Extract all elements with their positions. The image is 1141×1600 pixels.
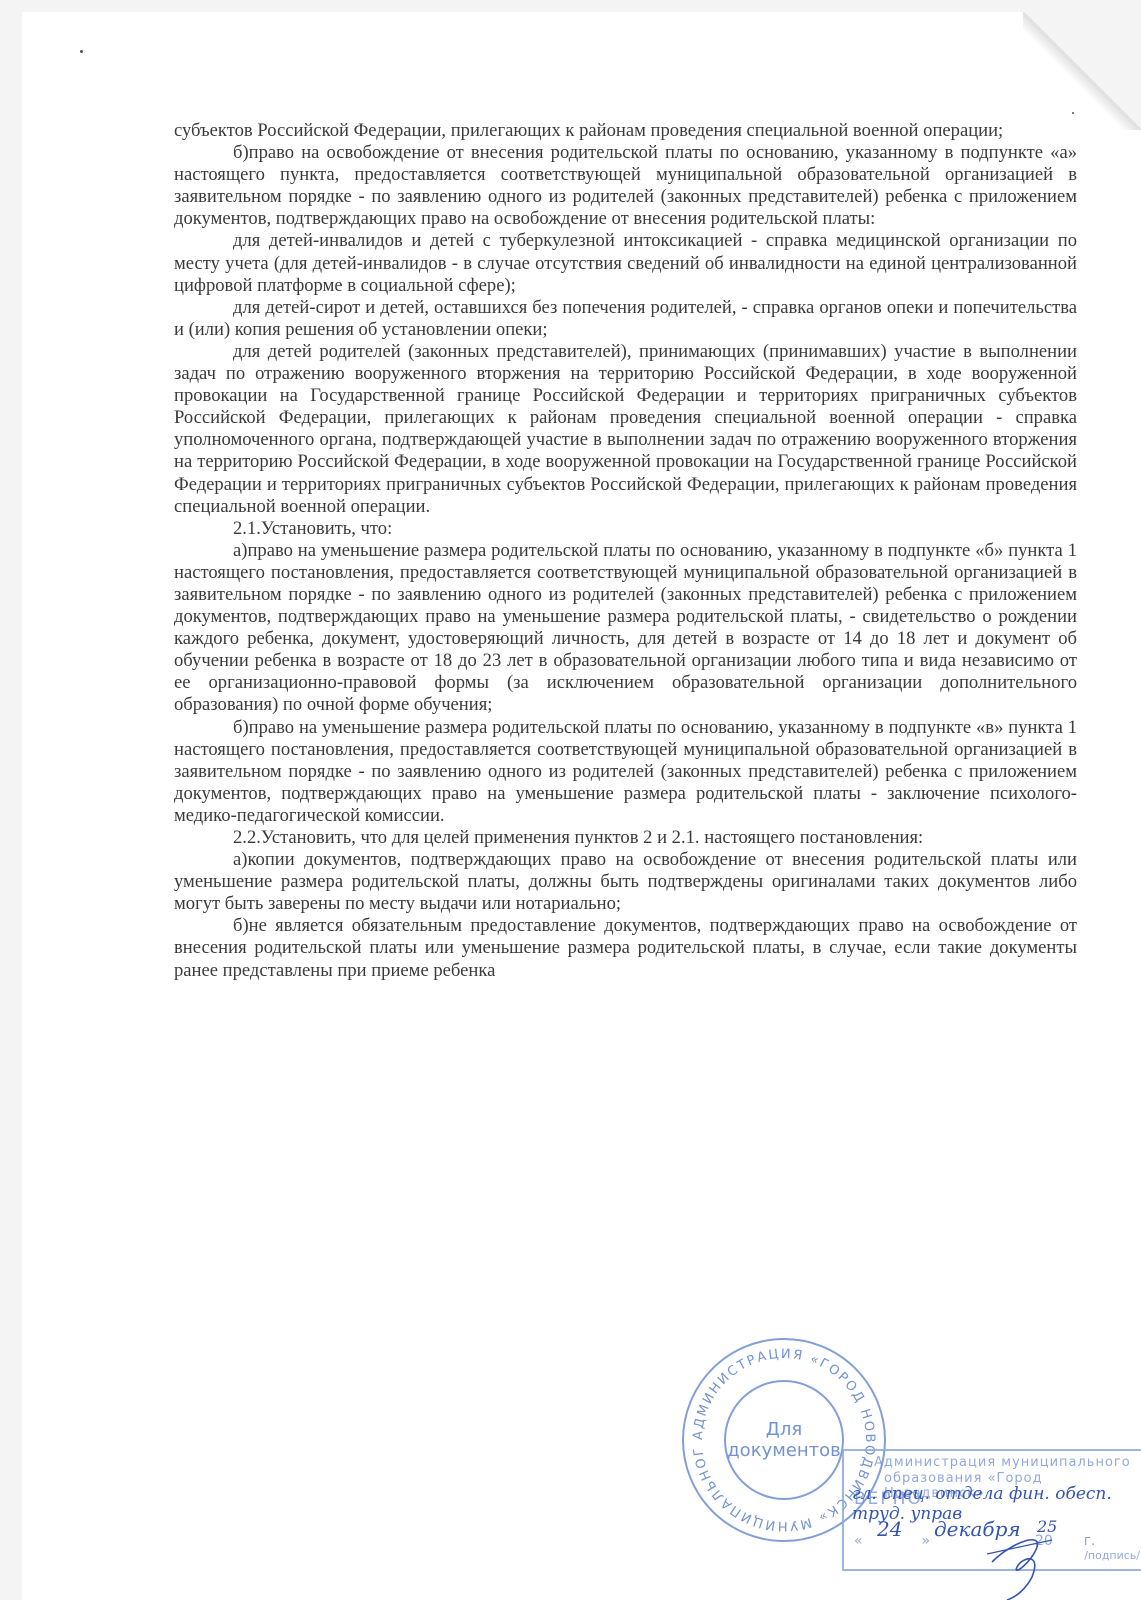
scan-speck [1072, 112, 1074, 114]
paragraph: б)право на освобождение от внесения роди… [174, 142, 1077, 230]
handwritten-day: 24 [877, 1517, 902, 1541]
paragraph: б)право на уменьшение размера родительск… [174, 717, 1077, 827]
page-corner-fold [1023, 12, 1141, 130]
paragraph: для детей-сирот и детей, оставшихся без … [174, 297, 1077, 341]
seal-center-line2: документов [727, 1440, 841, 1461]
scan-speck [80, 50, 83, 53]
stamp-org-line1: Администрация муниципального [874, 1455, 1131, 1470]
signature [982, 1522, 1062, 1600]
paragraph: 2.1.Установить, что: [174, 518, 1077, 540]
document-page: субъектов Российской Федерации, прилегаю… [22, 12, 1141, 1600]
paragraph: а)право на уменьшение размера родительск… [174, 540, 1077, 717]
seal-center-line1: Для [766, 1419, 802, 1440]
stamp-signature-label: /подпись/ [1084, 1549, 1140, 1562]
paragraph: б)не является обязательным предоставлени… [174, 915, 1077, 981]
paragraph: а)копии документов, подтверждающих право… [174, 849, 1077, 915]
document-body: субъектов Российской Федерации, прилегаю… [174, 120, 1077, 982]
seal-center: Для документов [724, 1380, 844, 1500]
paragraph: субъектов Российской Федерации, прилегаю… [174, 120, 1077, 142]
paragraph: для детей-инвалидов и детей с туберкулез… [174, 230, 1077, 296]
paragraph: для детей родителей (законных представит… [174, 341, 1077, 518]
paragraph: 2.2.Установить, что для целей применения… [174, 827, 1077, 849]
